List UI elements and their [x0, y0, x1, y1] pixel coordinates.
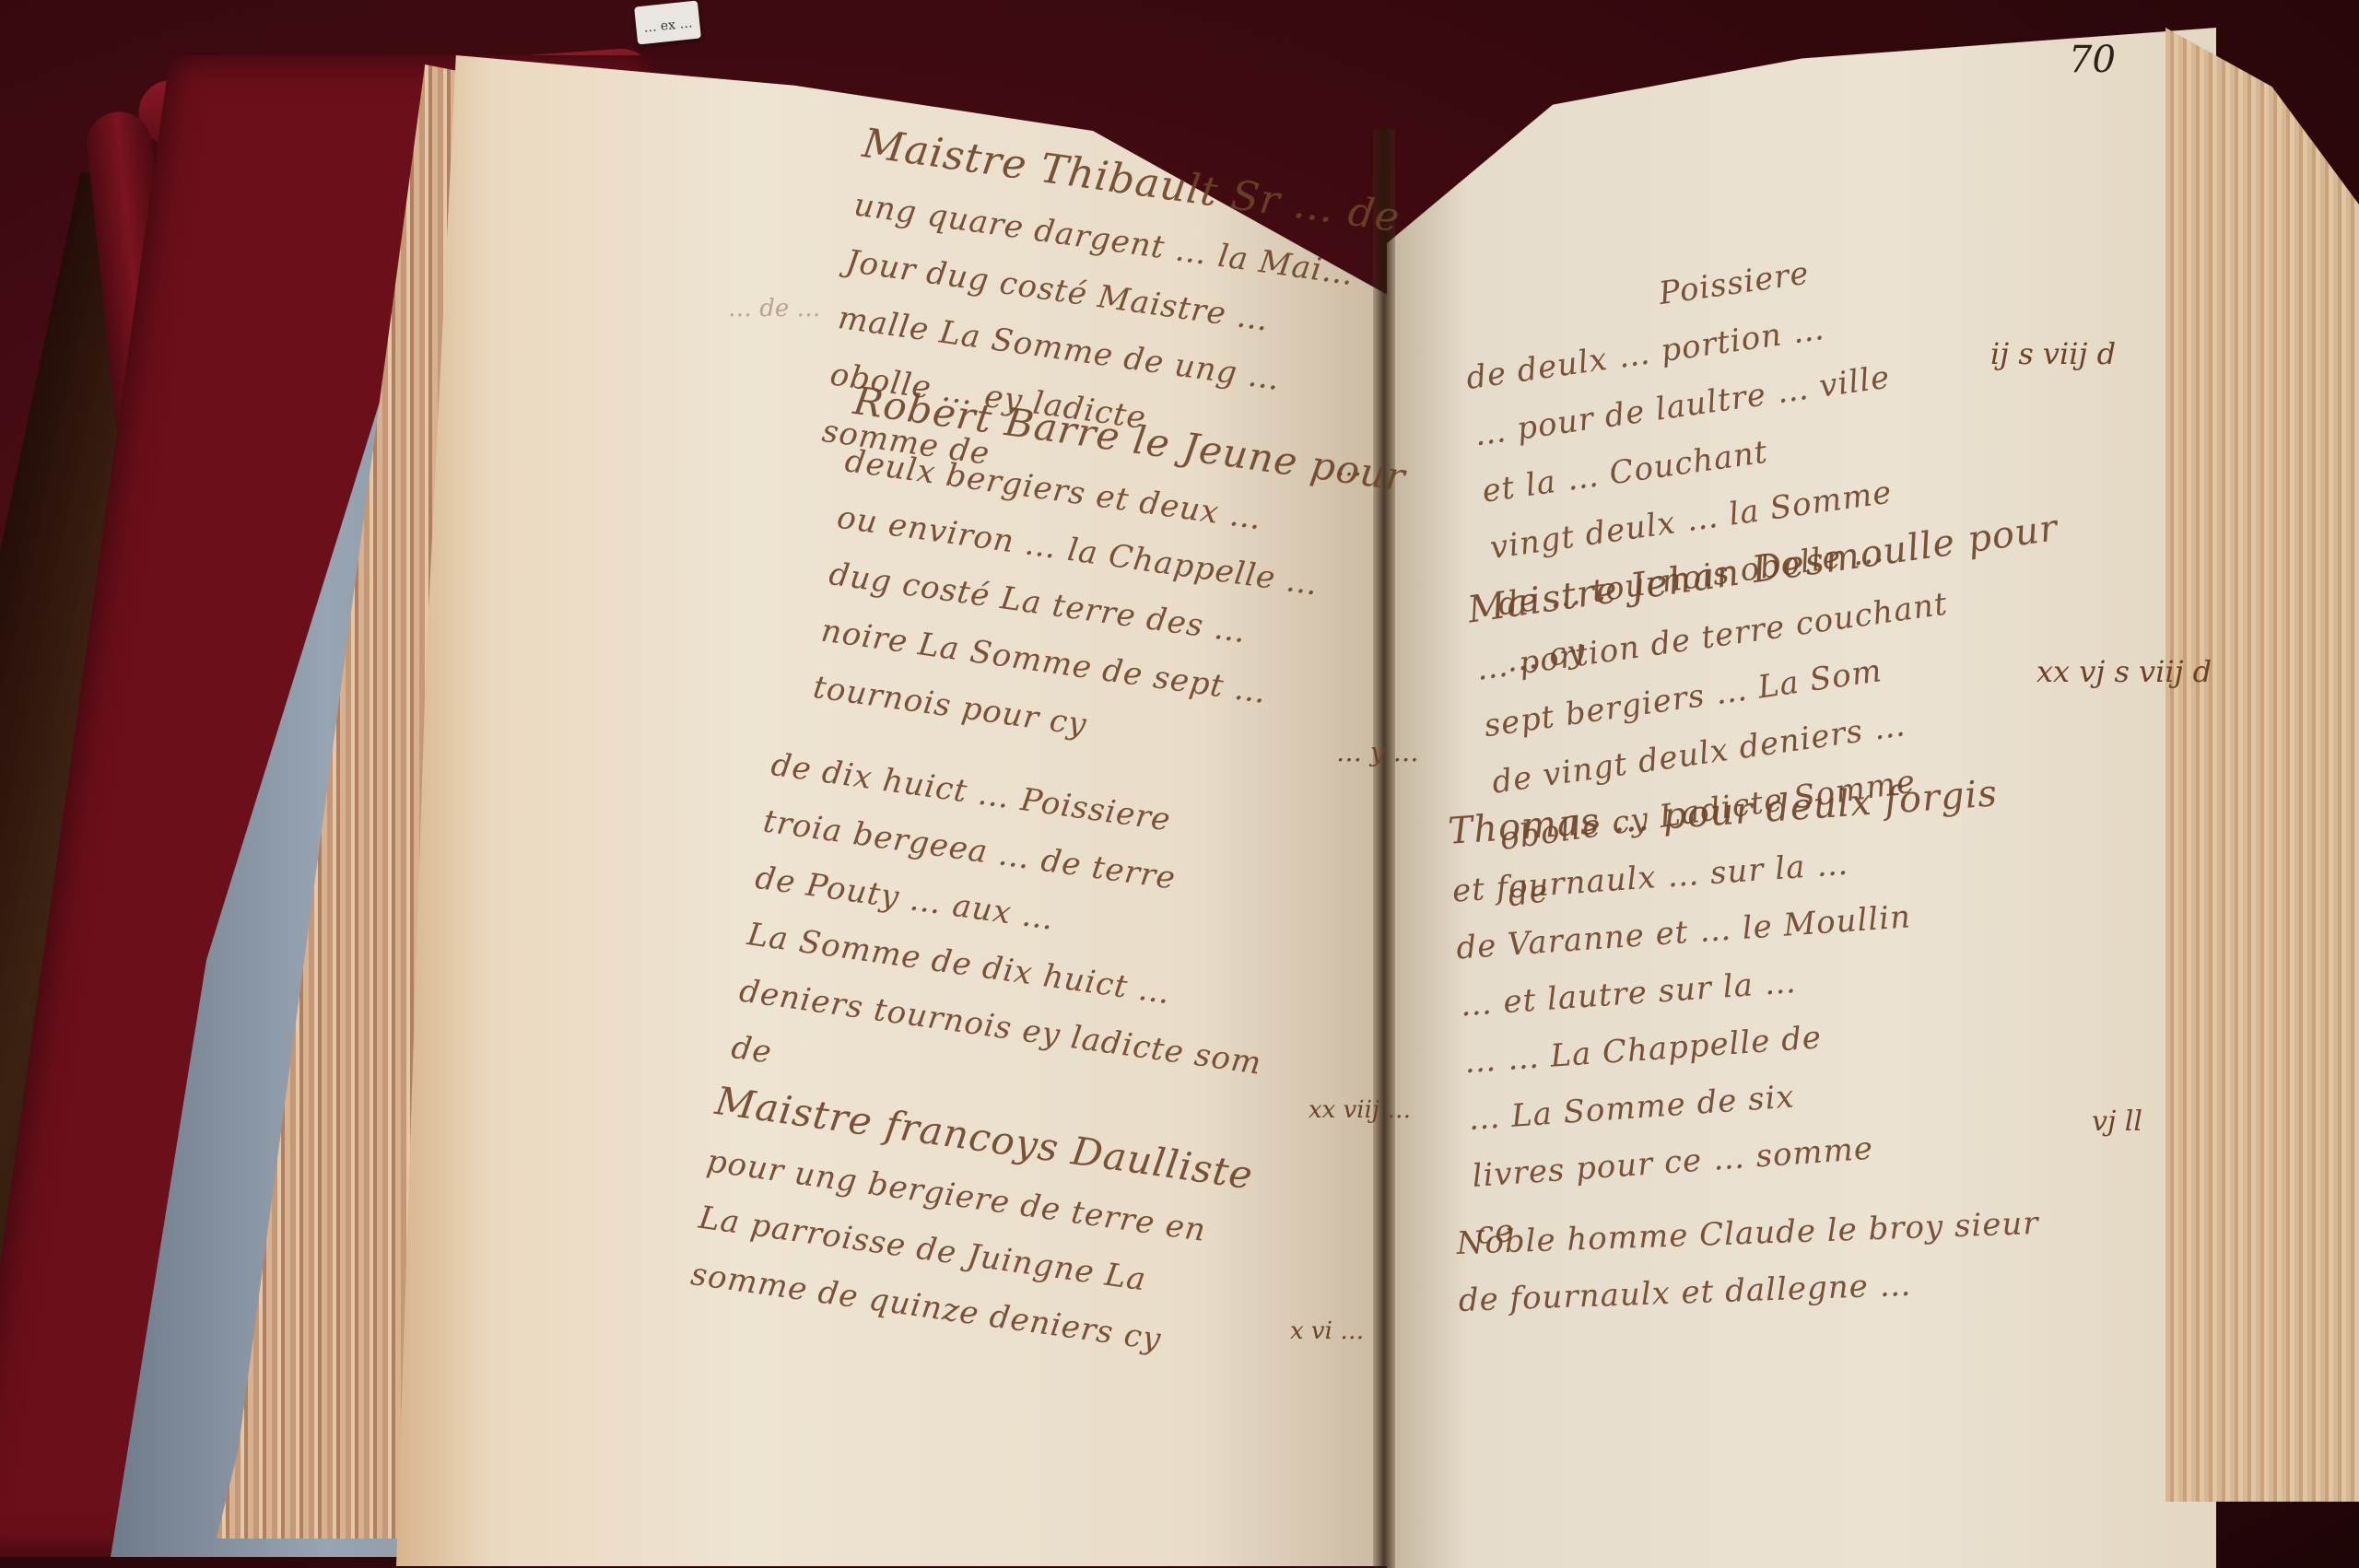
left-margin-note-2: … [1336, 451, 1362, 482]
left-margin-note-5: x vi … [1290, 1317, 1364, 1345]
page-block-edge-right [2165, 28, 2359, 1502]
label-tag-top: … ex … [634, 1, 701, 45]
right-entry-4: Noble homme Claude le broy sieur de four… [1456, 1205, 2042, 1340]
left-margin-note-3: … y … [1336, 737, 1419, 767]
right-entry-3: Thomas … pour deulx forgis et fournaulx … [1447, 772, 2028, 1271]
right-margin-note-1: ij s viij d [1990, 336, 2116, 371]
right-margin-note-3: vj ll [2092, 1106, 2142, 1138]
right-margin-note-2: xx vj s viij d [2036, 654, 2212, 689]
left-margin-note-4: xx viij … [1309, 1096, 1411, 1124]
left-margin-note-1: … de … [728, 295, 821, 322]
folio-number: 70 [2069, 39, 2116, 81]
